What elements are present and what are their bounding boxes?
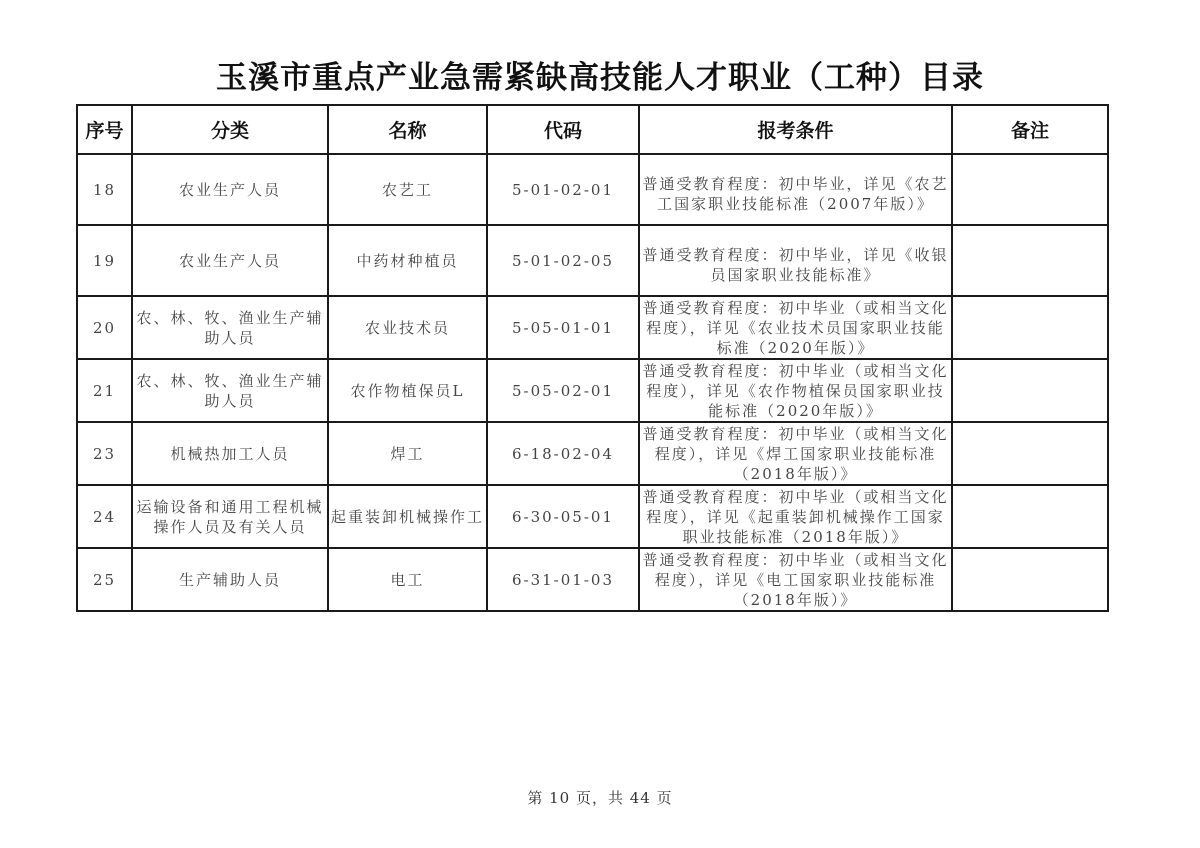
cell-code: 6-30-05-01 xyxy=(487,485,639,548)
cell-seq: 18 xyxy=(77,154,132,225)
cell-remarks xyxy=(952,359,1108,422)
cell-category: 农业生产人员 xyxy=(132,225,328,296)
cell-seq: 21 xyxy=(77,359,132,422)
cell-category: 机械热加工人员 xyxy=(132,422,328,485)
cell-remarks xyxy=(952,225,1108,296)
cell-remarks xyxy=(952,422,1108,485)
table-row: 19 农业生产人员 中药材种植员 5-01-02-05 普通受教育程度：初中毕业… xyxy=(77,225,1108,296)
cell-code: 5-05-01-01 xyxy=(487,296,639,359)
header-code: 代码 xyxy=(487,105,639,154)
cell-requirements: 普通受教育程度：初中毕业，详见《农艺工国家职业技能标准（2007年版）》 xyxy=(639,154,952,225)
cell-name: 农艺工 xyxy=(328,154,487,225)
table-row: 21 农、林、牧、渔业生产辅助人员 农作物植保员L 5-05-02-01 普通受… xyxy=(77,359,1108,422)
cell-remarks xyxy=(952,296,1108,359)
header-remarks: 备注 xyxy=(952,105,1108,154)
cell-seq: 23 xyxy=(77,422,132,485)
cell-requirements: 普通受教育程度：初中毕业（或相当文化程度），详见《农作物植保员国家职业技能标准（… xyxy=(639,359,952,422)
table-row: 18 农业生产人员 农艺工 5-01-02-01 普通受教育程度：初中毕业，详见… xyxy=(77,154,1108,225)
table-row: 25 生产辅助人员 电工 6-31-01-03 普通受教育程度：初中毕业（或相当… xyxy=(77,548,1108,611)
table-row: 24 运输设备和通用工程机械操作人员及有关人员 起重装卸机械操作工 6-30-0… xyxy=(77,485,1108,548)
cell-seq: 25 xyxy=(77,548,132,611)
header-seq: 序号 xyxy=(77,105,132,154)
cell-code: 6-31-01-03 xyxy=(487,548,639,611)
cell-requirements: 普通受教育程度：初中毕业（或相当文化程度），详见《农业技术员国家职业技能标准（2… xyxy=(639,296,952,359)
cell-seq: 20 xyxy=(77,296,132,359)
cell-remarks xyxy=(952,548,1108,611)
cell-code: 5-05-02-01 xyxy=(487,359,639,422)
cell-name: 电工 xyxy=(328,548,487,611)
cell-name: 起重装卸机械操作工 xyxy=(328,485,487,548)
cell-code: 5-01-02-05 xyxy=(487,225,639,296)
cell-category: 农、林、牧、渔业生产辅助人员 xyxy=(132,296,328,359)
cell-seq: 19 xyxy=(77,225,132,296)
table-header-row: 序号 分类 名称 代码 报考条件 备注 xyxy=(77,105,1108,154)
table-row: 23 机械热加工人员 焊工 6-18-02-04 普通受教育程度：初中毕业（或相… xyxy=(77,422,1108,485)
cell-name: 农作物植保员L xyxy=(328,359,487,422)
cell-requirements: 普通受教育程度：初中毕业，详见《收银员国家职业技能标准》 xyxy=(639,225,952,296)
document-title: 玉溪市重点产业急需紧缺高技能人才职业（工种）目录 xyxy=(0,52,1200,97)
cell-category: 运输设备和通用工程机械操作人员及有关人员 xyxy=(132,485,328,548)
table-row: 20 农、林、牧、渔业生产辅助人员 农业技术员 5-05-01-01 普通受教育… xyxy=(77,296,1108,359)
cell-code: 6-18-02-04 xyxy=(487,422,639,485)
cell-requirements: 普通受教育程度：初中毕业（或相当文化程度），详见《起重装卸机械操作工国家职业技能… xyxy=(639,485,952,548)
cell-name: 农业技术员 xyxy=(328,296,487,359)
cell-category: 农业生产人员 xyxy=(132,154,328,225)
header-category: 分类 xyxy=(132,105,328,154)
cell-code: 5-01-02-01 xyxy=(487,154,639,225)
cell-name: 中药材种植员 xyxy=(328,225,487,296)
occupation-catalog-table: 序号 分类 名称 代码 报考条件 备注 18 农业生产人员 农艺工 5-01-0… xyxy=(76,104,1109,612)
cell-remarks xyxy=(952,485,1108,548)
page-number: 第 10 页，共 44 页 xyxy=(0,787,1200,808)
cell-name: 焊工 xyxy=(328,422,487,485)
cell-seq: 24 xyxy=(77,485,132,548)
cell-requirements: 普通受教育程度：初中毕业（或相当文化程度），详见《焊工国家职业技能标准（2018… xyxy=(639,422,952,485)
header-name: 名称 xyxy=(328,105,487,154)
cell-category: 生产辅助人员 xyxy=(132,548,328,611)
cell-remarks xyxy=(952,154,1108,225)
cell-category: 农、林、牧、渔业生产辅助人员 xyxy=(132,359,328,422)
cell-requirements: 普通受教育程度：初中毕业（或相当文化程度），详见《电工国家职业技能标准（2018… xyxy=(639,548,952,611)
header-requirements: 报考条件 xyxy=(639,105,952,154)
